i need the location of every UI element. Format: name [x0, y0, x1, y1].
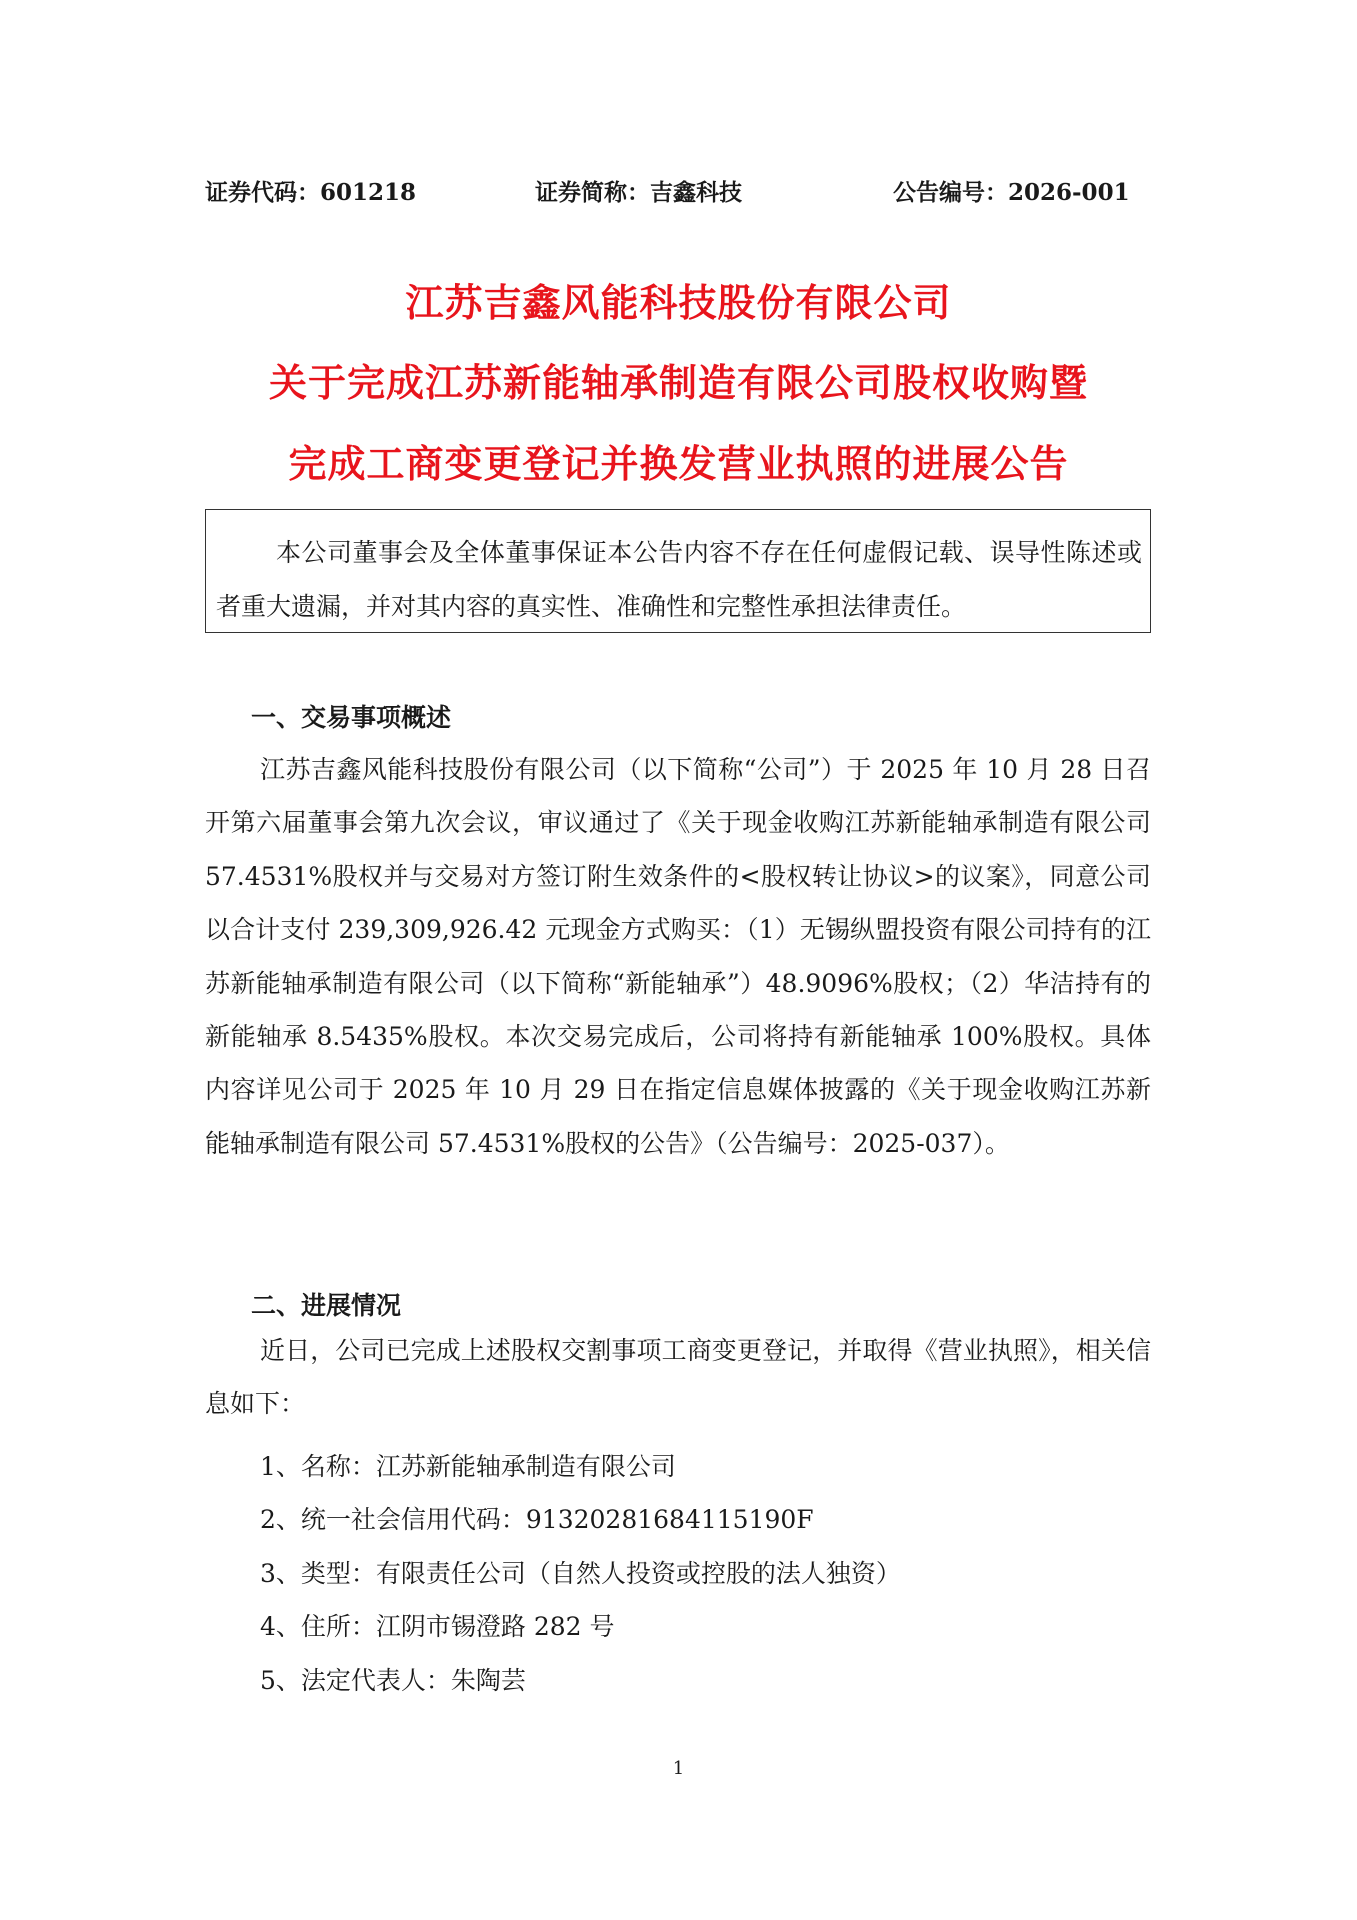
- title-line-3: 完成工商变更登记并换发营业执照的进展公告: [0, 433, 1357, 488]
- announcement-header: 证券代码：601218 证券简称：吉鑫科技 公告编号：2026-001: [205, 174, 1135, 214]
- list-item-credit-code: 2、统一社会信用代码：91320281684115190F: [260, 1493, 901, 1546]
- title-line-2: 关于完成江苏新能轴承制造有限公司股权收购暨: [0, 352, 1357, 407]
- business-license-info-list: 1、名称：江苏新能轴承制造有限公司 2、统一社会信用代码：91320281684…: [260, 1440, 901, 1707]
- section-2-heading: 二、进展情况: [251, 1286, 401, 1322]
- title-company-name: 江苏吉鑫风能科技股份有限公司: [0, 272, 1357, 327]
- list-item-address: 4、住所：江阴市锡澄路 282 号: [260, 1600, 901, 1653]
- board-guarantee-notice: 本公司董事会及全体董事保证本公告内容不存在任何虚假记载、误导性陈述或者重大遗漏，…: [205, 509, 1151, 633]
- stock-code: 证券代码：601218: [205, 174, 416, 207]
- section-1-paragraph: 江苏吉鑫风能科技股份有限公司（以下简称“公司”）于 2025 年 10 月 28…: [205, 743, 1151, 1170]
- list-item-name: 1、名称：江苏新能轴承制造有限公司: [260, 1440, 901, 1493]
- announcement-number: 公告编号：2026-001: [893, 174, 1130, 207]
- notice-text: 本公司董事会及全体董事保证本公告内容不存在任何虚假记载、误导性陈述或者重大遗漏，…: [206, 526, 1152, 634]
- section-1-heading: 一、交易事项概述: [251, 698, 451, 734]
- stock-abbreviation: 证券简称：吉鑫科技: [535, 174, 742, 207]
- list-item-legal-rep: 5、法定代表人：朱陶芸: [260, 1654, 901, 1707]
- section-2-paragraph: 近日，公司已完成上述股权交割事项工商变更登记，并取得《营业执照》，相关信息如下：: [205, 1324, 1151, 1431]
- list-item-type: 3、类型：有限责任公司（自然人投资或控股的法人独资）: [260, 1547, 901, 1600]
- page-number: 1: [0, 1758, 1357, 1779]
